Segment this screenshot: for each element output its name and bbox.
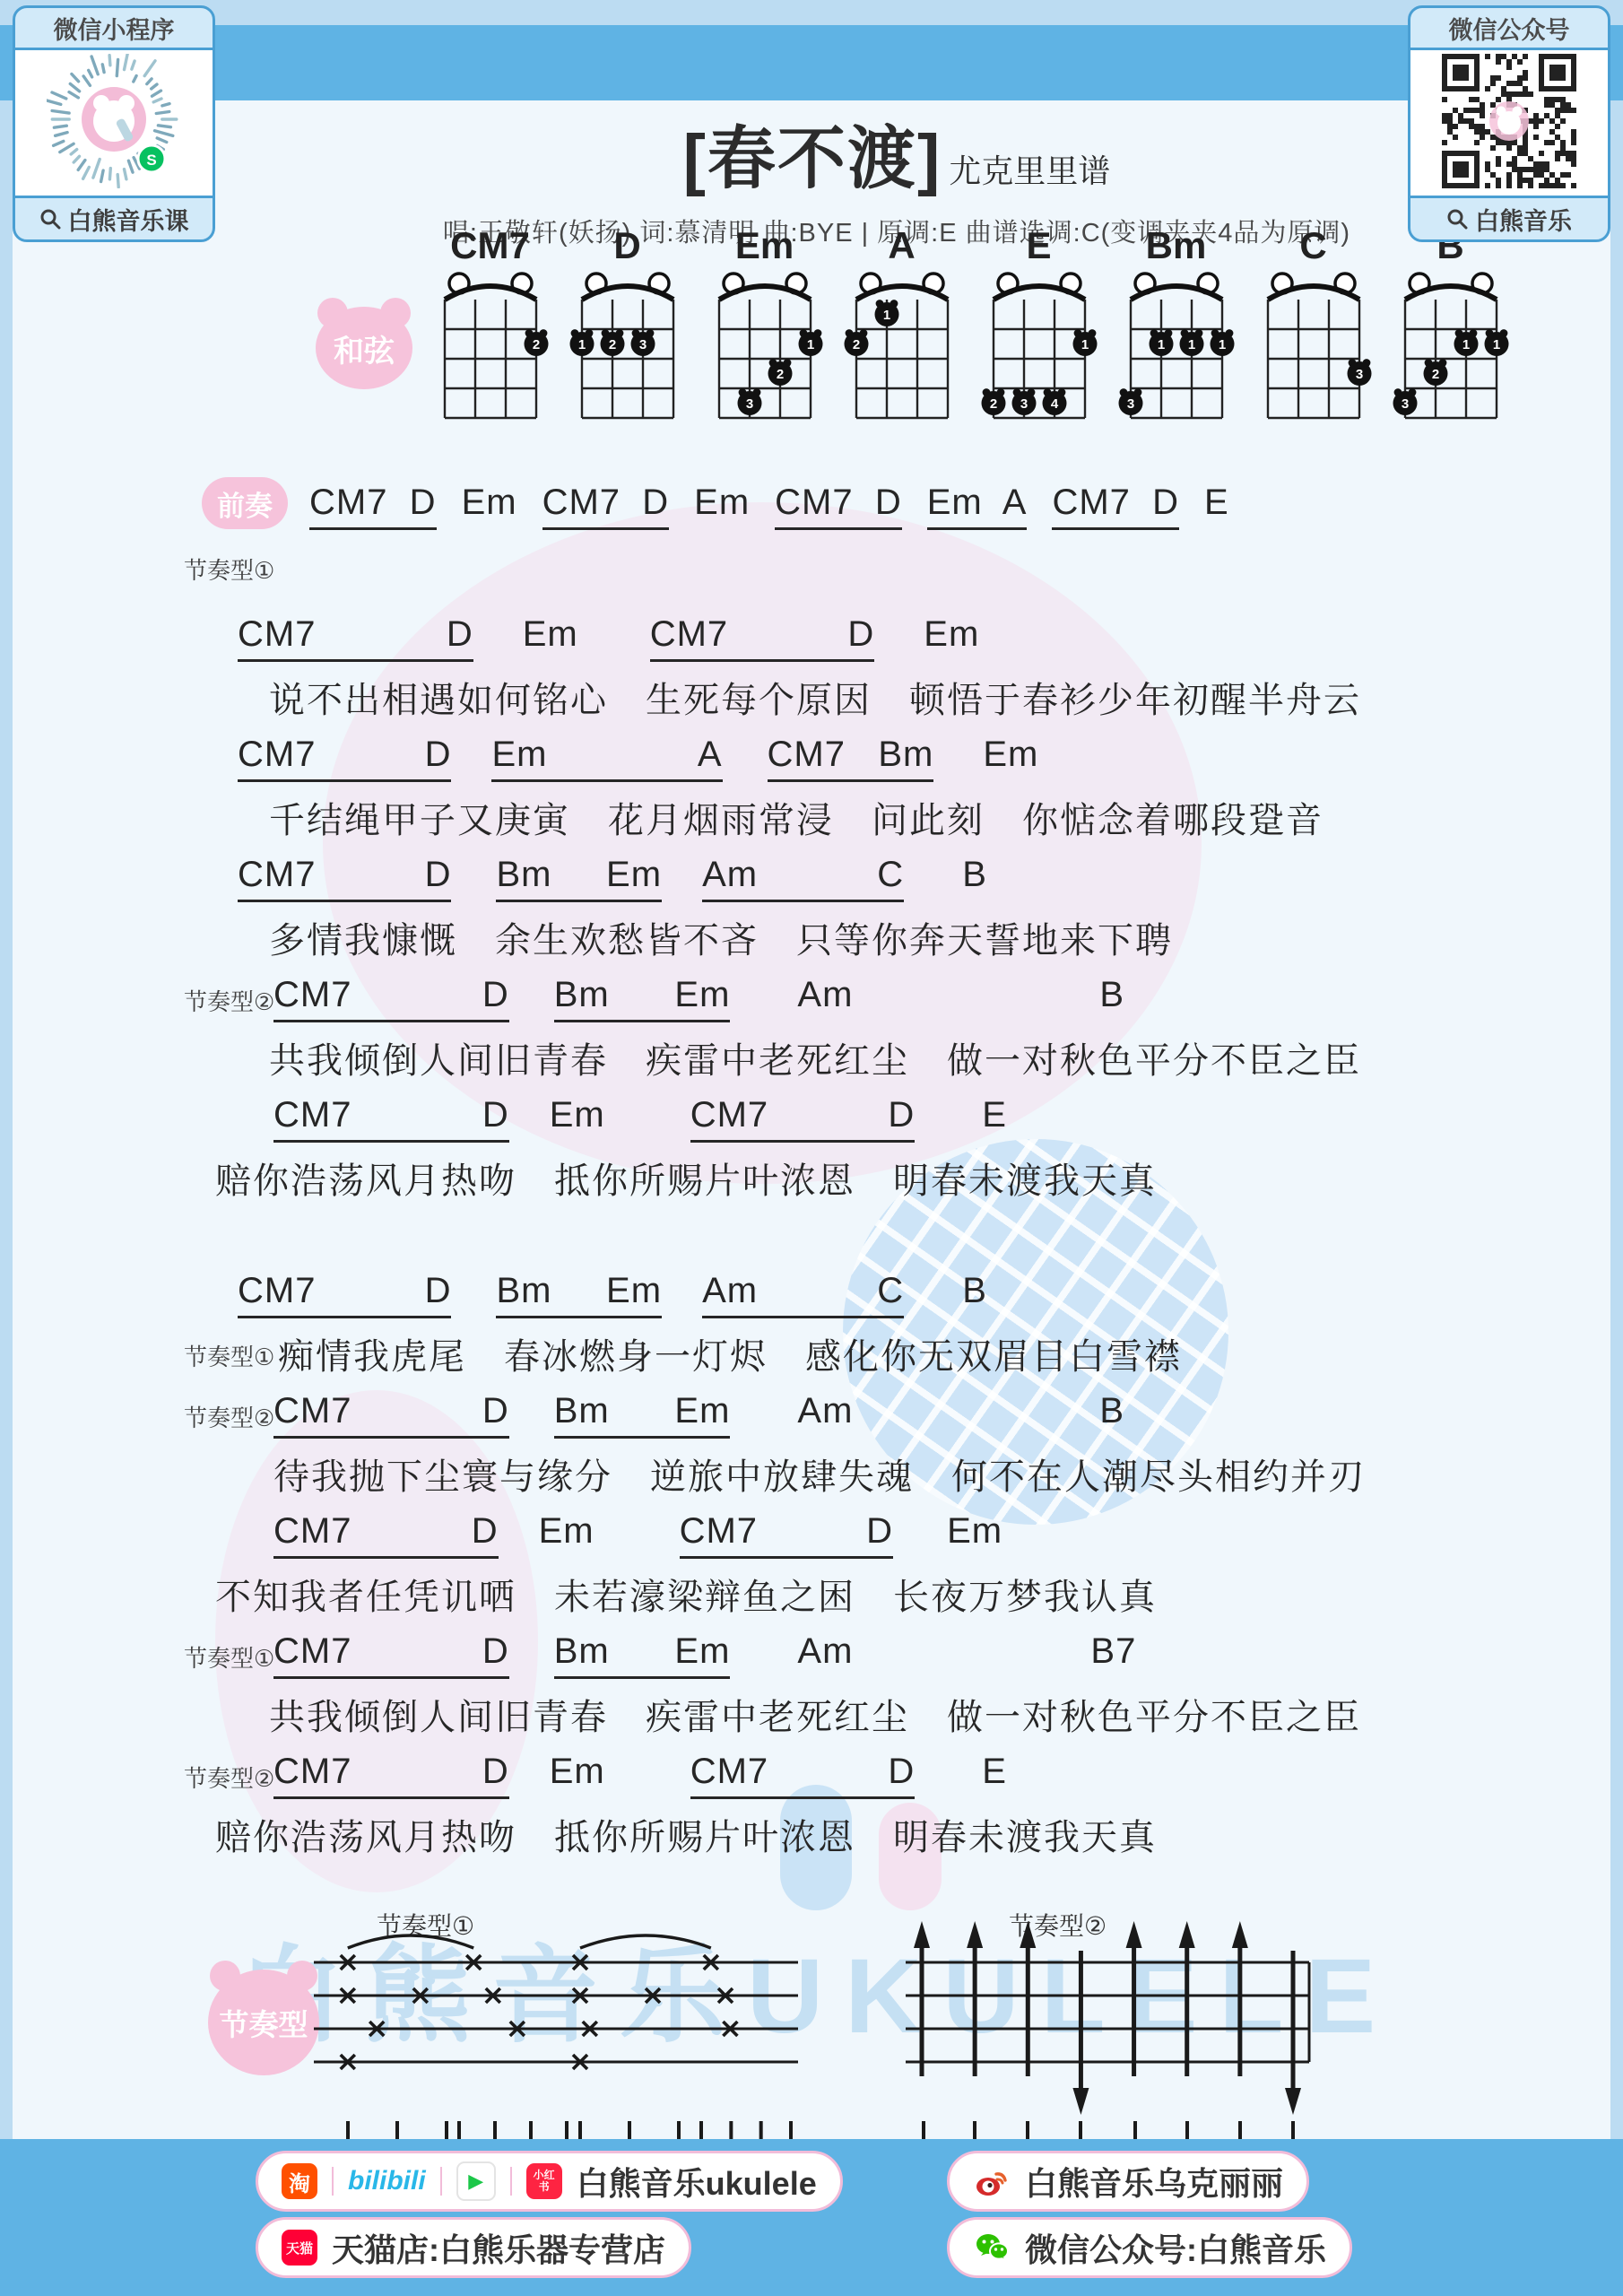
chord-group: Em (983, 735, 1038, 779)
mini-program-caption: 白熊音乐课 (13, 196, 215, 242)
mini-program-badge: 微信小程序 S 白熊音乐课 (13, 5, 215, 242)
chord-diagram: 3 (1255, 267, 1372, 427)
chord-line: CM7 DEmCM7 DE (273, 1095, 1475, 1152)
lyric-line: 痴情我虎尾 春冰燃身一灯烬 感化你无双眉目白雪襟 (278, 1328, 1475, 1387)
song-line: CM7 DEm ACM7 BmEm千结绳甲子又庚寅 花月烟雨常浸 问此刻 你惦念… (238, 735, 1475, 851)
official-account-qr-image (1442, 54, 1576, 188)
lyric-line: 待我抛下尘寰与缘分 逆旅中放肆失魂 何不在人潮尽头相约并刃 (273, 1448, 1475, 1508)
chord-group: Em (947, 1511, 1002, 1556)
song-body: 前奏CM7 DEmCM7 DEmCM7 DEm ACM7 DE节奏型①CM7 D… (238, 483, 1475, 1872)
chord-group: CM7 D (1052, 483, 1179, 530)
footer-link-shops: 淘bilibili▶小红书白熊音乐ukulele (256, 2151, 843, 2212)
svg-text:1: 1 (1187, 337, 1194, 352)
official-account-tab-label: 微信公众号 (1408, 5, 1610, 50)
chord-line: CM7 DEmCM7 DEm (238, 614, 1475, 672)
chord-name: E (970, 226, 1107, 267)
chord-line: CM7 DBm EmAmB (273, 975, 1475, 1032)
svg-text:3: 3 (745, 396, 752, 412)
official-account-qr (1408, 50, 1610, 196)
chord-group: Em (550, 1095, 605, 1140)
svg-text:1: 1 (1492, 337, 1499, 352)
chord-group: CM7 D (238, 855, 451, 902)
svg-text:1: 1 (1218, 337, 1225, 352)
icon-divider (510, 2167, 512, 2196)
svg-text:4: 4 (1050, 396, 1058, 412)
chord-group: CM7 D (680, 1511, 893, 1559)
footer-link-tmall-store: 天猫天猫店:白熊乐器专营店 (256, 2217, 691, 2278)
song-line: 节奏型②CM7 DBm EmAmB待我抛下尘寰与缘分 逆旅中放肆失魂 何不在人潮… (238, 1391, 1475, 1508)
rhythm-marker: 节奏型② (184, 1761, 274, 1794)
svg-text:1: 1 (882, 308, 890, 323)
song-line: CM7 DEmCM7 DE赔你浩荡风月热吻 抵你所赐片叶浓恩 明春未渡我天真 (238, 1095, 1475, 1212)
chord-group: Bm Em (554, 975, 731, 1022)
chord-cell: CM72 (421, 226, 559, 431)
chord-cell: Em123 (696, 226, 833, 431)
chord-line: CM7 DBm EmAmB7 (273, 1631, 1475, 1689)
chord-diagram: 123 (569, 267, 686, 427)
song-line: CM7 DEmCM7 DEm说不出相遇如何铭心 生死每个原因 顿悟于春衫少年初醒… (238, 614, 1475, 731)
chord-diagram: 1234 (981, 267, 1098, 427)
chord-group: Em (539, 1511, 595, 1556)
chord-group: E (1204, 483, 1229, 527)
chord-cell: E1234 (970, 226, 1107, 431)
footer-pill-text: 白熊音乐ukulele (577, 2159, 817, 2205)
rhythm-marker: 节奏型② (184, 984, 274, 1017)
search-icon (1446, 208, 1468, 230)
lyric-line: 共我倾倒人间旧青春 疾雷中老死红尘 做一对秋色平分不臣之臣 (269, 1689, 1475, 1748)
chord-group: CM7 D (309, 483, 437, 530)
svg-text:1: 1 (1081, 337, 1088, 352)
chord-name: A (833, 226, 970, 267)
chord-name: Em (696, 226, 833, 267)
chord-diagram: 12 (844, 267, 960, 427)
lyric-line: 不知我者任凭讥哂 未若濠梁辩鱼之困 长夜万梦我认真 (215, 1569, 1475, 1628)
wechat-icon (973, 2229, 1011, 2266)
rhythm-marker: 节奏型② (184, 1400, 274, 1433)
chord-line: CM7 DEmCM7 DEm (273, 1511, 1475, 1569)
rhythm-marker: 节奏型① (184, 1339, 274, 1372)
chord-group: CM7 D (273, 1391, 509, 1439)
chord-diagram: 1113 (1118, 267, 1235, 427)
intro-chords: CM7 DEmCM7 DEmCM7 DEm ACM7 DE (309, 483, 1229, 522)
top-band (0, 25, 1623, 100)
svg-text:2: 2 (532, 337, 539, 352)
chord-diagram-row: CM72D123Em123A12E1234Bm1113C3B1123 (421, 226, 1519, 431)
chord-group: Em A (491, 735, 722, 782)
chord-cell: Bm1113 (1107, 226, 1245, 431)
chord-group: CM7 D (273, 1511, 499, 1559)
svg-text:3: 3 (638, 337, 646, 352)
chord-line: CM7 DBm EmAm CB (238, 1271, 1475, 1328)
svg-text:3: 3 (1401, 396, 1408, 412)
song-line: 节奏型①CM7 DBm EmAmB7共我倾倒人间旧青春 疾雷中老死红尘 做一对秋… (238, 1631, 1475, 1748)
chord-diagram: 123 (707, 267, 823, 427)
chord-cell: D123 (559, 226, 696, 431)
chord-name: D (559, 226, 696, 267)
mini-program-caption-text: 白熊音乐课 (68, 202, 189, 237)
bilibili-icon: bilibili (348, 2166, 426, 2196)
chord-group: Am C (702, 855, 904, 902)
chord-name: Bm (1107, 226, 1245, 267)
chord-group: Am (797, 1391, 853, 1436)
chord-diagram: 1123 (1393, 267, 1509, 427)
chord-group: Em (523, 614, 578, 659)
chord-group: CM7 D (238, 735, 451, 782)
chord-cell: A12 (833, 226, 970, 431)
video-play-icon: ▶ (456, 2161, 496, 2201)
mini-program-code: S (13, 50, 215, 196)
lyric-line: 赔你浩荡风月热吻 抵你所赐片叶浓恩 明春未渡我天真 (215, 1152, 1475, 1212)
chord-diagram: 2 (432, 267, 549, 427)
chord-group: Em (694, 483, 750, 527)
rhythm-marker: 节奏型① (184, 1640, 274, 1674)
footer-pill-text: 微信公众号:白熊音乐 (1025, 2225, 1326, 2271)
svg-text:1: 1 (806, 337, 813, 352)
mini-program-code-image: S (47, 54, 181, 188)
svg-text:S: S (146, 152, 156, 169)
song-title: [春不渡] (683, 104, 942, 202)
chord-group: Bm Em (554, 1391, 731, 1439)
chord-group: Bm Em (554, 1631, 731, 1679)
official-account-badge: 微信公众号 白熊音乐 (1408, 5, 1610, 242)
song-line: CM7 DEmCM7 DEm不知我者任凭讥哂 未若濠梁辩鱼之困 长夜万梦我认真 (238, 1511, 1475, 1628)
chord-group: Em (550, 1752, 605, 1796)
chord-group: Bm Em (496, 855, 662, 902)
intro-label: 前奏 (202, 477, 288, 529)
song-line: CM7 DBm EmAm CB多情我慷慨 余生欢愁皆不吝 只等你奔天誓地来下聘 (238, 855, 1475, 971)
chord-group: CM7 D (273, 1095, 509, 1143)
chord-name: C (1245, 226, 1382, 267)
svg-text:3: 3 (1355, 367, 1362, 382)
chord-group: B7 (1090, 1631, 1136, 1676)
chord-group: B (962, 1271, 987, 1316)
chord-group: B (962, 855, 987, 900)
song-line: 节奏型①CM7 DBm EmAm CB痴情我虎尾 春冰燃身一灯烬 感化你无双眉目… (238, 1271, 1475, 1387)
chord-line: CM7 DBm EmAmB (273, 1391, 1475, 1448)
chord-group: Bm Em (496, 1271, 662, 1318)
chord-group: Am (797, 1631, 853, 1676)
chord-group: B (1099, 1391, 1124, 1436)
chord-group: CM7 Bm (768, 735, 934, 782)
chord-bank-label: 和弦 (316, 307, 412, 389)
sheet-type-label: 尤克里里谱 (949, 146, 1110, 192)
chord-line: CM7 DEmCM7 DE (273, 1752, 1475, 1809)
chord-group: CM7 D (690, 1095, 916, 1143)
chord-group: E (982, 1752, 1007, 1796)
svg-text:1: 1 (577, 337, 585, 352)
chord-group: Em A (927, 483, 1028, 530)
footer-link-weibo: 白熊音乐乌克丽丽 (947, 2151, 1309, 2212)
chord-group: CM7 D (775, 483, 902, 530)
svg-text:2: 2 (989, 396, 996, 412)
footer-link-wechat-account: 微信公众号:白熊音乐 (947, 2217, 1352, 2278)
chord-group: CM7 D (273, 1752, 509, 1799)
svg-text:2: 2 (776, 367, 783, 382)
official-account-caption: 白熊音乐 (1408, 196, 1610, 242)
chord-group: Am C (702, 1271, 904, 1318)
svg-text:2: 2 (1431, 367, 1438, 382)
svg-text:2: 2 (852, 337, 859, 352)
lyric-line: 赔你浩荡风月热吻 抵你所赐片叶浓恩 明春未渡我天真 (215, 1809, 1475, 1868)
chord-group: CM7 D (273, 975, 509, 1022)
chord-name: CM7 (421, 226, 559, 267)
lyric-line: 共我倾倒人间旧青春 疾雷中老死红尘 做一对秋色平分不臣之臣 (269, 1032, 1475, 1091)
taobao-icon: 淘 (282, 2163, 317, 2199)
lyric-line: 千结绳甲子又庚寅 花月烟雨常浸 问此刻 你惦念着哪段跫音 (269, 792, 1475, 851)
svg-text:3: 3 (1126, 396, 1133, 412)
tmall-icon: 天猫 (282, 2230, 317, 2266)
chord-group: CM7 D (238, 1271, 451, 1318)
svg-text:1: 1 (1462, 337, 1469, 352)
chord-group: CM7 D (542, 483, 670, 530)
chord-group: Am (797, 975, 853, 1020)
search-icon (39, 208, 61, 230)
chord-group: CM7 D (650, 614, 875, 662)
icon-divider (332, 2167, 334, 2196)
chord-group: CM7 D (273, 1631, 509, 1679)
weibo-icon (973, 2162, 1011, 2200)
footer-pill-text: 天猫店:白熊乐器专营店 (332, 2225, 665, 2271)
mini-program-tab-label: 微信小程序 (13, 5, 215, 50)
svg-text:1: 1 (1157, 337, 1164, 352)
lyric-line: 说不出相遇如何铭心 生死每个原因 顿悟于春衫少年初醒半舟云 (269, 672, 1475, 731)
chord-group: CM7 D (238, 614, 473, 662)
lyric-line: 多情我慷慨 余生欢愁皆不吝 只等你奔天誓地来下聘 (269, 912, 1475, 971)
chord-cell: B1123 (1382, 226, 1519, 431)
intro-row: 前奏CM7 DEmCM7 DEmCM7 DEm ACM7 DE (238, 483, 1475, 545)
song-line: 节奏型②CM7 DEmCM7 DE赔你浩荡风月热吻 抵你所赐片叶浓恩 明春未渡我… (238, 1752, 1475, 1868)
chord-group: CM7 D (690, 1752, 916, 1799)
chord-group: Em (924, 614, 979, 659)
chord-line: CM7 DEm ACM7 BmEm (238, 735, 1475, 792)
official-account-caption-text: 白熊音乐 (1475, 202, 1572, 237)
chord-group: Em (462, 483, 517, 527)
intro-rhythm-note: 节奏型① (184, 552, 1475, 586)
footer-pill-text: 白熊音乐乌克丽丽 (1025, 2159, 1283, 2205)
song-line: 节奏型②CM7 DBm EmAmB共我倾倒人间旧青春 疾雷中老死红尘 做一对秋色… (238, 975, 1475, 1091)
chord-cell: C3 (1245, 226, 1382, 431)
chord-group: E (982, 1095, 1007, 1140)
xiaohongshu-icon: 小红书 (526, 2163, 562, 2199)
svg-text:3: 3 (1020, 396, 1027, 412)
svg-text:2: 2 (608, 337, 615, 352)
icon-divider (440, 2167, 442, 2196)
chord-line: CM7 DBm EmAm CB (238, 855, 1475, 912)
chord-group: B (1099, 975, 1124, 1020)
